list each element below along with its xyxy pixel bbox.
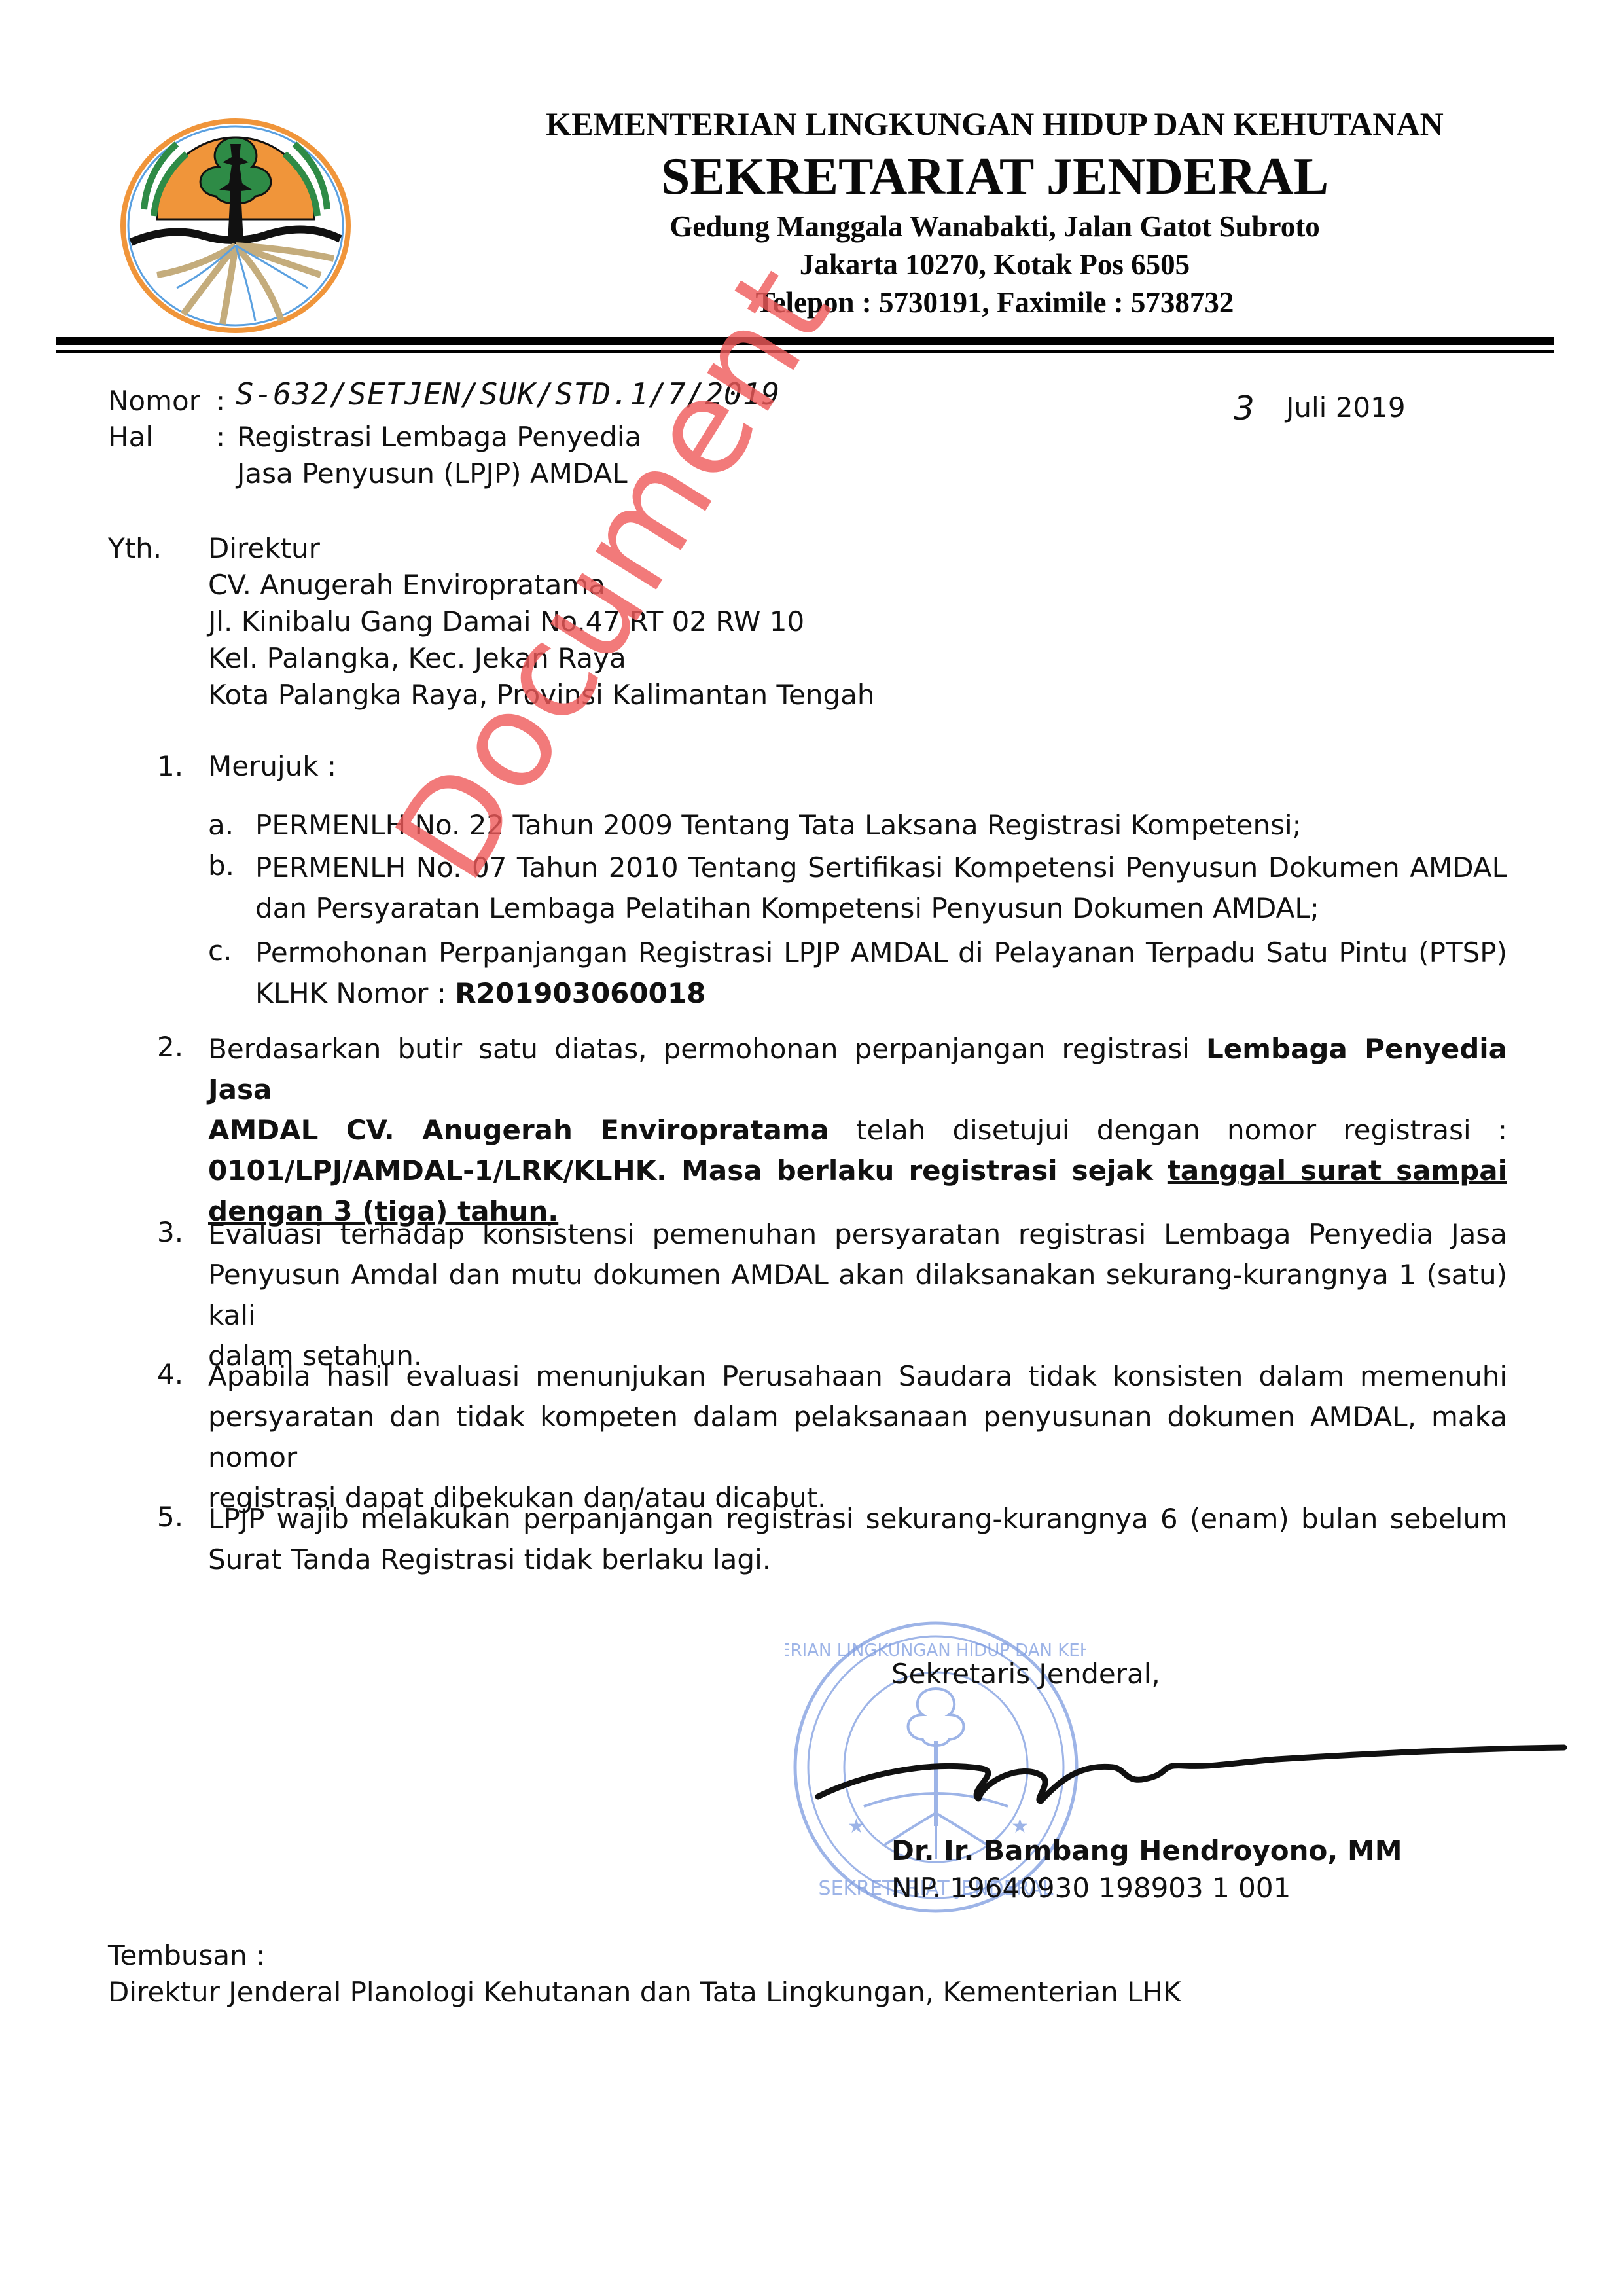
item-label: c. <box>208 933 232 969</box>
ministry-name: KEMENTERIAN LINGKUNGAN HIDUP DAN KEHUTAN… <box>366 105 1623 143</box>
recipient-line: Direktur <box>208 530 320 567</box>
signatory-nip: NIP. 19640930 198903 1 001 <box>891 1870 1291 1907</box>
paragraph-3-text: Evaluasi terhadap konsistensi pemenuhan … <box>208 1214 1507 1376</box>
address-line-2: Jakarta 10270, Kotak Pos 6505 <box>366 247 1623 281</box>
phone-line: Telepon : 5730191, Faximile : 5738732 <box>366 285 1623 319</box>
paragraph-line: Penyusun Amdal dan mutu dokumen AMDAL ak… <box>208 1255 1507 1336</box>
klhk-tree-logo-icon <box>118 118 353 334</box>
item-label: b. <box>208 848 234 884</box>
p2-bold-2: AMDAL CV. Anugerah Enviropratama <box>208 1114 829 1146</box>
signatory-title: Sekretaris Jenderal, <box>891 1656 1160 1693</box>
p2-text-1: Berdasarkan butir satu diatas, permohona… <box>208 1033 1206 1065</box>
klhk-nomor-label: KLHK Nomor : <box>255 977 455 1009</box>
reference-item-c-line-2: KLHK Nomor : R201903060018 <box>255 973 1507 1014</box>
nomor-colon: : <box>216 383 225 420</box>
cc-label: Tembusan : <box>108 1937 265 1974</box>
paragraph-number: 3. <box>157 1214 183 1251</box>
paragraph-line: Evaluasi terhadap konsistensi pemenuhan … <box>208 1214 1507 1255</box>
subject-line-1: Registrasi Lembaga Penyedia <box>237 419 641 456</box>
paragraph-line: Surat Tanda Registrasi tidak berlaku lag… <box>208 1539 1507 1580</box>
reference-item-b-line-2: dan Persyaratan Lembaga Pelatihan Kompet… <box>255 888 1507 929</box>
paragraph-line: Apabila hasil evaluasi menunjukan Perusa… <box>208 1356 1507 1397</box>
reference-item-c-line-1: Permohonan Perpanjangan Registrasi LPJP … <box>255 933 1507 973</box>
paragraph-2-text: Berdasarkan butir satu diatas, permohona… <box>208 1029 1507 1232</box>
item-label: a. <box>208 807 234 844</box>
paragraph-number: 2. <box>157 1029 183 1066</box>
reference-item-c: Permohonan Perpanjangan Registrasi LPJP … <box>255 933 1507 1014</box>
validity-period-1: tanggal surat sampai <box>1168 1155 1507 1187</box>
p2-text-2: telah disetujui dengan nomor registrasi … <box>829 1114 1507 1146</box>
hal-label: Hal <box>108 419 153 456</box>
paragraph-number: 1. <box>157 748 183 785</box>
klhk-nomor-value: R201903060018 <box>455 977 705 1009</box>
registration-number: 0101/LPJ/AMDAL-1/LRK/KLHK. Masa berlaku … <box>208 1155 1168 1187</box>
paragraph-line: persyaratan dan tidak kompeten dalam pel… <box>208 1397 1507 1478</box>
cc-item: Direktur Jenderal Planologi Kehutanan da… <box>108 1974 1181 2011</box>
unit-name: SEKRETARIAT JENDERAL <box>366 147 1623 207</box>
svg-text:★: ★ <box>847 1815 865 1838</box>
nomor-label: Nomor <box>108 383 200 420</box>
paragraph-4-text: Apabila hasil evaluasi menunjukan Perusa… <box>208 1356 1507 1518</box>
paragraph-line: LPJP wajib melakukan perpanjangan regist… <box>208 1499 1507 1539</box>
paragraph-number: 4. <box>157 1356 183 1393</box>
hal-colon: : <box>216 419 225 456</box>
handwritten-signature-icon <box>805 1728 1571 1813</box>
date-day: 3 <box>1234 389 1255 427</box>
signatory-name: Dr. Ir. Bambang Hendroyono, MM <box>891 1833 1402 1869</box>
address-line-1: Gedung Manggala Wanabakti, Jalan Gatot S… <box>366 209 1623 243</box>
paragraph-5-text: LPJP wajib melakukan perpanjangan regist… <box>208 1499 1507 1580</box>
salutation: Yth. <box>108 530 162 567</box>
date-month-year: Juli 2019 <box>1286 389 1406 426</box>
subject-line-2: Jasa Penyusun (LPJP) AMDAL <box>237 456 628 492</box>
paragraph-number: 5. <box>157 1499 183 1535</box>
